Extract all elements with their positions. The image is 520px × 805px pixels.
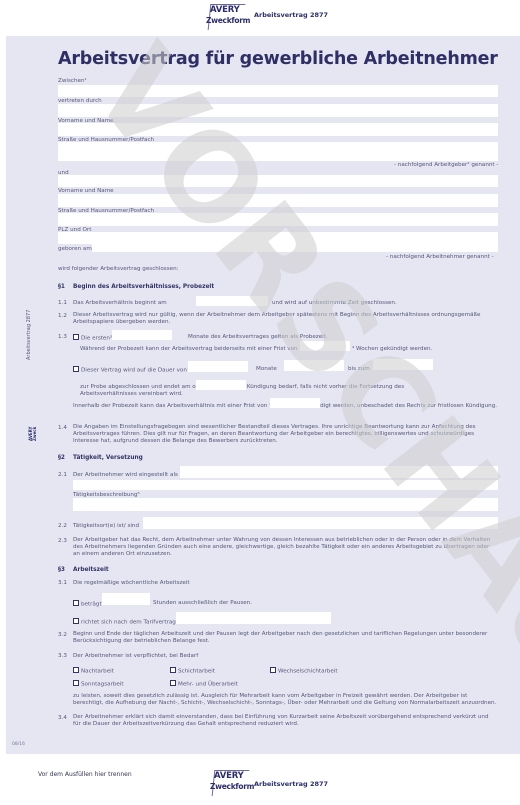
option-wechselschichtarbeit[interactable]: Wechselschichtarbeit [270, 667, 338, 675]
clause-num-3-3: 3.3 [58, 653, 67, 659]
footer-product-name: Arbeitsvertrag 2877 [254, 780, 328, 788]
clause-num-3-4: 3.4 [58, 715, 67, 721]
tariff-checkbox[interactable] [73, 618, 79, 624]
option-nachtarbeit[interactable]: Nachtarbeit [73, 667, 114, 675]
side-avery-logo: AVERYZweck [29, 431, 45, 441]
employee-suffix: - nachfolgend Arbeitnehmer genannt - [386, 254, 494, 260]
clause-3-1a-after: Stunden ausschließlich der Pausen. [153, 600, 252, 606]
footer-avery-logo: AVERY Zweckform [210, 770, 250, 796]
option-label: Nachtarbeit [81, 669, 114, 675]
clause-num-1-3: 1.3 [58, 334, 67, 340]
mehrarbeit-checkbox[interactable] [170, 680, 176, 686]
brand-line2: Zweckform [206, 16, 250, 25]
nachtarbeit-checkbox[interactable] [73, 667, 79, 673]
page-header: AVERY Zweckform Arbeitsvertrag 2877 [0, 0, 520, 36]
clause-2-1: Der Arbeitnehmer wird eingestellt als [73, 472, 178, 478]
option-schichtarbeit[interactable]: Schichtarbeit [170, 667, 215, 675]
end-date-field[interactable] [373, 359, 433, 370]
clause-num-2-1: 2.1 [58, 472, 67, 478]
clause-3-1b[interactable]: richtet sich nach dem Tarifvertrag [73, 618, 176, 626]
section-1-title: Beginn des Arbeitsverhältnisses, Probeze… [73, 284, 214, 290]
job-description-field[interactable] [73, 498, 498, 511]
probation-checkbox[interactable] [73, 334, 79, 340]
clause-num-2-3: 2.3 [58, 538, 67, 544]
option-label: Sonntagsarbeit [81, 682, 124, 688]
clause-1-1-after: und wird auf unbestimmte Zeit geschlosse… [272, 300, 397, 306]
label-zwischen: Zwischen¹ [58, 78, 87, 84]
job-title-field[interactable] [180, 466, 498, 478]
clause-1-3a-after: Monate des Arbeitsvertrages gelten als P… [188, 334, 328, 340]
representative-field[interactable] [58, 104, 498, 117]
clause-2-2: Tätigkeitsort(e) ist/ sind [73, 523, 139, 529]
clause-1-4: Die Angaben im Einstellungsfragebogen si… [73, 424, 498, 445]
clause-1-3c-mid: Monate [256, 366, 277, 372]
section-3-num: §3 [58, 567, 65, 573]
probation-months-field[interactable] [112, 330, 172, 340]
probation-end-date-field[interactable] [196, 380, 246, 390]
schichtarbeit-checkbox[interactable] [170, 667, 176, 673]
option-mehrarbeit[interactable]: Mehr- und Überarbeit [170, 680, 238, 688]
start-date-field[interactable] [196, 296, 268, 306]
clause-1-3c-before: Dieser Vertrag wird auf die Dauer von [81, 368, 187, 374]
employee-city-field[interactable] [58, 232, 498, 244]
fixed-term-checkbox[interactable] [73, 366, 79, 372]
clause-1-3b-before: Während der Probezeit kann der Arbeitsve… [80, 346, 298, 352]
document-title: Arbeitsvertrag für gewerbliche Arbeitneh… [58, 49, 498, 69]
employer-name-field[interactable] [58, 85, 498, 97]
clause-1-3c-mid2: bis zum [348, 366, 370, 372]
option-label: Schichtarbeit [178, 669, 215, 675]
clause-num-1-2: 1.2 [58, 313, 67, 319]
employee-field-1[interactable] [58, 175, 498, 187]
clause-num-1-1: 1.1 [58, 300, 67, 306]
tariff-field[interactable] [176, 612, 331, 624]
sonntagsarbeit-checkbox[interactable] [73, 680, 79, 686]
employer-contact-name-field[interactable] [58, 123, 498, 136]
section-1-num: §1 [58, 284, 65, 290]
clause-num-2-2: 2.2 [58, 523, 67, 529]
clause-3-1a[interactable]: beträgt [73, 600, 102, 608]
clause-1-3a-before: Die ersten³ [81, 336, 112, 342]
duration-months-field[interactable] [188, 361, 248, 372]
option-label: Wechselschichtarbeit [278, 669, 338, 675]
cut-note: Vor dem Ausfüllen hier trennen [38, 771, 132, 778]
version-code: 08/16 [12, 742, 25, 747]
employer-address-field[interactable] [58, 142, 498, 161]
clause-1-3e-before: Innerhalb der Probezeit kann das Arbeits… [73, 403, 267, 409]
section-2-num: §2 [58, 455, 65, 461]
clause-1-3a[interactable]: Die ersten³ [73, 334, 112, 342]
intro-text: wird folgender Arbeitsvertrag geschlosse… [58, 266, 179, 272]
clause-1-2: Dieser Arbeitsvertrag wird nur gültig, w… [73, 312, 498, 326]
clause-3-4: Der Arbeitnehmer erklärt sich damit einv… [73, 714, 498, 728]
employee-name-field[interactable] [58, 194, 498, 207]
probation-notice-field[interactable] [270, 398, 320, 408]
employee-street-field[interactable] [58, 213, 498, 226]
clause-3-2: Beginn und Ende der täglichen Arbeitszei… [73, 631, 498, 645]
footer-brand-line1: AVERY [214, 771, 244, 781]
clause-1-3d: zur Probe abgeschlossen und endet am ohn… [80, 384, 440, 398]
clause-3-1: Die regelmäßige wöchentliche Arbeitszeit [73, 580, 190, 586]
work-location-field[interactable] [143, 517, 498, 529]
side-label: Arbeitsvertrag 2877 [26, 310, 32, 360]
clause-num-3-2: 3.2 [58, 632, 67, 638]
avery-logo: AVERY Zweckform [206, 4, 246, 30]
wechselschicht-checkbox[interactable] [270, 667, 276, 673]
option-sonntagsarbeit[interactable]: Sonntagsarbeit [73, 680, 124, 688]
notice-weeks-field[interactable] [300, 341, 350, 351]
clause-2-3: Der Arbeitgeber hat das Recht, dem Arbei… [73, 537, 498, 558]
clause-1-1-before: Das Arbeitsverhältnis beginnt am [73, 300, 167, 306]
clause-num-1-4: 1.4 [58, 425, 67, 431]
employer-suffix: - nachfolgend Arbeitgeber² genannt - [394, 162, 498, 168]
job-title-field-2[interactable] [73, 480, 498, 490]
birthdate-field[interactable] [92, 244, 498, 252]
product-name: Arbeitsvertrag 2877 [254, 11, 328, 19]
option-label: Mehr- und Überarbeit [178, 682, 238, 688]
section-3-title: Arbeitszeit [73, 567, 109, 573]
clause-3-3b: zu leisten, soweit dies gesetzlich zuläs… [73, 693, 498, 707]
brand-line1: AVERY [210, 5, 240, 15]
clause-3-1b-text: richtet sich nach dem Tarifvertrag [81, 620, 176, 626]
fixed-term-field-2[interactable] [284, 360, 344, 371]
clause-num-3-1: 3.1 [58, 580, 67, 586]
footer-brand-line2: Zweckform [210, 782, 254, 791]
section-2-title: Tätigkeit, Versetzung [73, 455, 143, 461]
weekly-hours-field[interactable] [102, 593, 150, 605]
hours-checkbox[interactable] [73, 600, 79, 606]
side-label-text: Arbeitsvertrag 2877 [26, 310, 32, 360]
clause-3-1a-before: beträgt [81, 602, 102, 608]
label-geboren: geboren am [58, 246, 92, 252]
clause-3-3: Der Arbeitnehmer ist verpflichtet, bei B… [73, 653, 198, 659]
clause-1-3c[interactable]: Dieser Vertrag wird auf die Dauer von [73, 366, 187, 374]
clause-1-3b-after: ⁴ Wochen gekündigt werden. [352, 346, 432, 352]
